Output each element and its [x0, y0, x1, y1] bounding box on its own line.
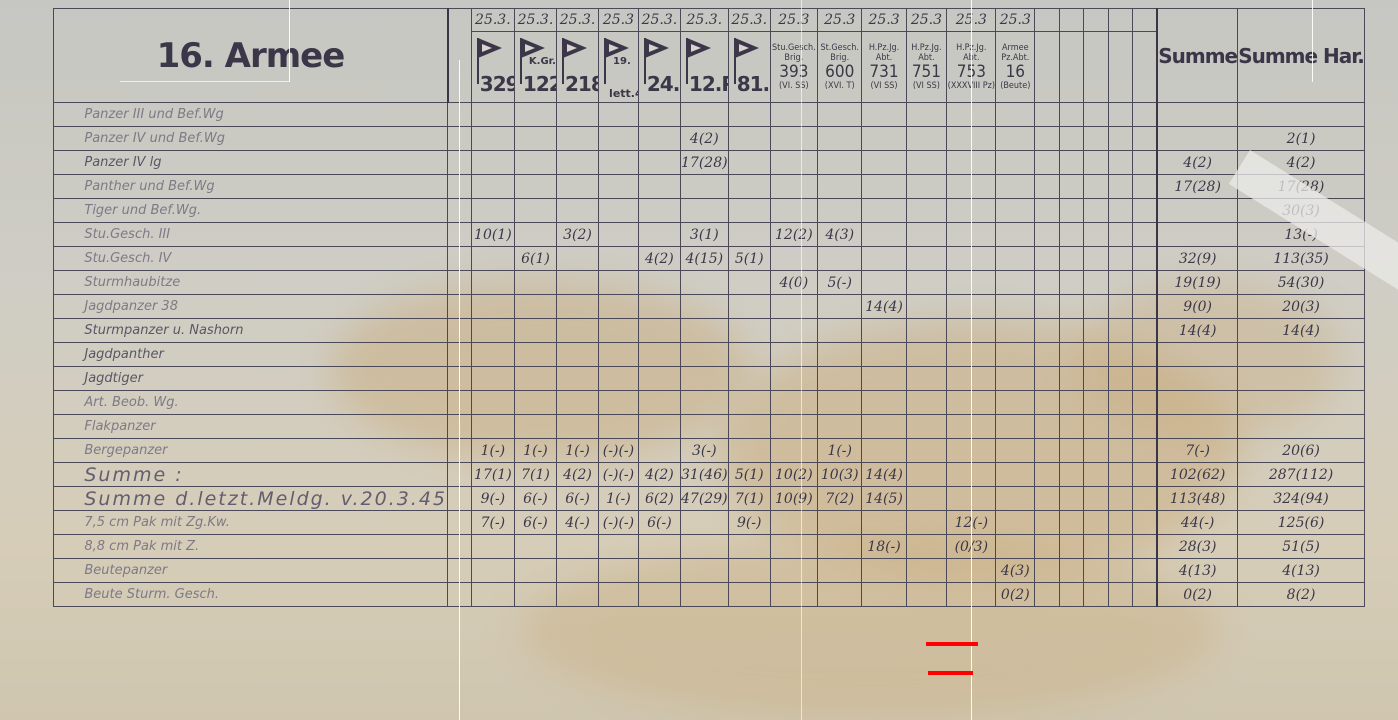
- value-cell: 9(-): [728, 511, 770, 535]
- empty-cell: [1035, 367, 1059, 391]
- value-cell: [638, 583, 680, 607]
- value-cell: 1(-): [817, 439, 862, 463]
- value-cell: [996, 439, 1035, 463]
- value-cell: [770, 391, 817, 415]
- empty-cell: [1084, 415, 1108, 439]
- value-cell: [996, 103, 1035, 127]
- value-cell: [638, 103, 680, 127]
- division-flag-icon: [645, 38, 669, 58]
- value-cell: [556, 583, 598, 607]
- margin-cell: [45, 559, 54, 583]
- value-cell: [514, 319, 556, 343]
- empty-cell: [1035, 151, 1059, 175]
- empty-cell: [1108, 271, 1132, 295]
- unit-header: 19.lett.44: [599, 32, 639, 103]
- value-cell: [514, 175, 556, 199]
- table-row: Panzer IV und Bef.Wg4(2)2(1): [45, 127, 1365, 151]
- table-row: Jagdpanther: [45, 343, 1365, 367]
- value-cell: 9(-): [471, 487, 514, 511]
- value-cell: [862, 439, 906, 463]
- value-cell: [599, 415, 639, 439]
- value-cell: 4(3): [996, 559, 1035, 583]
- row-label: Panzer III und Bef.Wg: [54, 103, 448, 127]
- value-cell: [638, 391, 680, 415]
- summe-cell: 7(-): [1157, 439, 1237, 463]
- unit-number: 218.: [565, 72, 599, 96]
- value-cell: [770, 247, 817, 271]
- value-cell: [680, 271, 728, 295]
- row-label: Stu.Gesch. IV: [54, 247, 448, 271]
- value-cell: [817, 103, 862, 127]
- value-cell: [556, 199, 598, 223]
- value-cell: (-)(-): [599, 511, 639, 535]
- empty-cell: [1035, 247, 1059, 271]
- table-row: 8,8 cm Pak mit Z.18(-)(0/3)28(3)51(5): [45, 535, 1365, 559]
- value-cell: [996, 151, 1035, 175]
- value-cell: [471, 247, 514, 271]
- value-cell: [906, 439, 947, 463]
- value-cell: 10(1): [471, 223, 514, 247]
- value-cell: [514, 223, 556, 247]
- value-cell: [638, 439, 680, 463]
- empty-date-cell: [1108, 9, 1132, 32]
- empty-cell: [1108, 295, 1132, 319]
- summe-har-cell: 2(1): [1238, 127, 1365, 151]
- value-cell: 10(2): [770, 463, 817, 487]
- scan-seam: [459, 60, 460, 720]
- margin-cell: [45, 247, 54, 271]
- value-cell: 3(-): [680, 439, 728, 463]
- table-row: Panther und Bef.Wg17(28)17(28): [45, 175, 1365, 199]
- empty-cell: [1133, 367, 1158, 391]
- value-cell: [770, 439, 817, 463]
- value-cell: [471, 175, 514, 199]
- value-cell: [996, 295, 1035, 319]
- summe-cell: 32(9): [1157, 247, 1237, 271]
- value-cell: 7(2): [817, 487, 862, 511]
- table-row: Jagdpanzer 3814(4)9(0)20(3): [45, 295, 1365, 319]
- empty-cell: [1084, 295, 1108, 319]
- empty-cell: [1133, 535, 1158, 559]
- empty-cell: [1108, 511, 1132, 535]
- empty-cell: [1133, 271, 1158, 295]
- summe-har-cell: [1238, 343, 1365, 367]
- value-cell: [638, 223, 680, 247]
- value-cell: [471, 391, 514, 415]
- margin-cell: [45, 9, 54, 103]
- unit-number: 600: [818, 63, 862, 81]
- value-cell: [638, 415, 680, 439]
- value-cell: [599, 391, 639, 415]
- summe-cell: 19(19): [1157, 271, 1237, 295]
- empty-cell: [1035, 487, 1059, 511]
- unit-date: 25.3: [770, 9, 817, 32]
- value-cell: 6(-): [514, 511, 556, 535]
- header-row-dates: 16. Armee25.3.25.3.25.3.25.325.3.25.3.25…: [45, 9, 1365, 32]
- empty-cell: [1059, 319, 1083, 343]
- empty-cell: [1108, 223, 1132, 247]
- margin-cell: [45, 583, 54, 607]
- summe-har-cell: 54(30): [1238, 271, 1365, 295]
- value-cell: [556, 535, 598, 559]
- empty-cell: [1108, 415, 1132, 439]
- summe-cell: 4(2): [1157, 151, 1237, 175]
- value-cell: 7(1): [728, 487, 770, 511]
- value-cell: 17(28): [680, 151, 728, 175]
- value-cell: [906, 295, 947, 319]
- highlight-underline: [928, 671, 973, 675]
- summe-cell: [1157, 127, 1237, 151]
- empty-cell: [1035, 511, 1059, 535]
- unit-corps: (VI. SS): [771, 81, 817, 91]
- row-label: Panzer IV lg: [54, 151, 448, 175]
- value-cell: 10(3): [817, 463, 862, 487]
- value-cell: [862, 583, 906, 607]
- value-cell: [556, 271, 598, 295]
- unit-date: 25.3: [817, 9, 862, 32]
- value-cell: [680, 559, 728, 583]
- page-title: 16. Armee: [54, 9, 448, 103]
- value-cell: [817, 415, 862, 439]
- value-cell: [514, 559, 556, 583]
- summe-cell: 4(13): [1157, 559, 1237, 583]
- value-cell: [514, 151, 556, 175]
- value-cell: [556, 247, 598, 271]
- value-cell: [680, 511, 728, 535]
- summe-har-cell: 287(112): [1238, 463, 1365, 487]
- empty-cell: [1035, 559, 1059, 583]
- summe-har-cell: 8(2): [1238, 583, 1365, 607]
- empty-cell: [1035, 319, 1059, 343]
- unit-number: 751: [907, 63, 947, 81]
- summe-har-cell: 4(13): [1238, 559, 1365, 583]
- value-cell: [817, 319, 862, 343]
- value-cell: [638, 343, 680, 367]
- value-cell: 31(46): [680, 463, 728, 487]
- vehicle-strength-table: 16. Armee25.3.25.3.25.3.25.325.3.25.3.25…: [45, 8, 1365, 607]
- value-cell: 6(-): [514, 487, 556, 511]
- empty-cell: [1035, 343, 1059, 367]
- empty-cell: [1108, 343, 1132, 367]
- empty-cell: [1133, 559, 1158, 583]
- value-cell: [471, 127, 514, 151]
- value-cell: 3(1): [680, 223, 728, 247]
- summe-cell: [1157, 415, 1237, 439]
- value-cell: [996, 199, 1035, 223]
- value-cell: [817, 175, 862, 199]
- value-cell: 14(4): [862, 463, 906, 487]
- summe-har-cell: [1238, 391, 1365, 415]
- value-cell: 1(-): [599, 487, 639, 511]
- empty-cell: [1059, 271, 1083, 295]
- value-cell: [770, 415, 817, 439]
- scan-seam: [120, 81, 290, 82]
- value-cell: 4(15): [680, 247, 728, 271]
- empty-cell: [1133, 343, 1158, 367]
- value-cell: 5(1): [728, 463, 770, 487]
- empty-cell: [1133, 463, 1158, 487]
- empty-cell: [1133, 295, 1158, 319]
- value-cell: [680, 367, 728, 391]
- unit-header: St.Gesch.Brig.600(XVI. T): [817, 32, 862, 103]
- value-cell: [817, 295, 862, 319]
- value-cell: [996, 463, 1035, 487]
- margin-cell: [45, 535, 54, 559]
- value-cell: [728, 199, 770, 223]
- summe-cell: [1157, 103, 1237, 127]
- table-row: 7,5 cm Pak mit Zg.Kw.7(-)6(-)4(-)(-)(-)6…: [45, 511, 1365, 535]
- value-cell: [471, 319, 514, 343]
- empty-cell: [1133, 151, 1158, 175]
- value-cell: [862, 319, 906, 343]
- value-cell: [680, 391, 728, 415]
- summe-cell: 17(28): [1157, 175, 1237, 199]
- value-cell: 18(-): [862, 535, 906, 559]
- empty-cell: [1084, 127, 1108, 151]
- empty-cell: [1035, 175, 1059, 199]
- value-cell: [599, 367, 639, 391]
- value-cell: [599, 199, 639, 223]
- value-cell: [680, 175, 728, 199]
- value-cell: [770, 343, 817, 367]
- empty-cell: [1059, 367, 1083, 391]
- empty-cell: [1084, 223, 1108, 247]
- value-cell: [906, 559, 947, 583]
- scan-seam: [289, 0, 290, 82]
- row-label: Flakpanzer: [54, 415, 448, 439]
- summe-har-cell: 20(6): [1238, 439, 1365, 463]
- empty-cell: [1108, 583, 1132, 607]
- empty-cell: [1035, 127, 1059, 151]
- value-cell: [599, 343, 639, 367]
- highlight-underline: [926, 642, 978, 646]
- value-cell: 5(-): [817, 271, 862, 295]
- unit-type: Stu.Gesch.: [771, 43, 817, 53]
- margin-cell: [45, 151, 54, 175]
- unit-corps: (Beute): [996, 81, 1034, 91]
- value-cell: [996, 511, 1035, 535]
- empty-cell: [1059, 343, 1083, 367]
- value-cell: [599, 319, 639, 343]
- value-cell: [770, 127, 817, 151]
- value-cell: [862, 223, 906, 247]
- value-cell: 47(29): [680, 487, 728, 511]
- empty-unit-cell: [1133, 32, 1158, 103]
- summe-har-cell: [1238, 367, 1365, 391]
- value-cell: 7(1): [514, 463, 556, 487]
- value-cell: [680, 535, 728, 559]
- margin-cell: [45, 199, 54, 223]
- value-cell: 6(-): [638, 511, 680, 535]
- empty-cell: [1133, 103, 1158, 127]
- scan-seam: [801, 0, 802, 720]
- value-cell: [906, 175, 947, 199]
- value-cell: 5(1): [728, 247, 770, 271]
- empty-cell: [1084, 343, 1108, 367]
- unit-date: 25.3.: [638, 9, 680, 32]
- empty-cell: [1108, 535, 1132, 559]
- value-cell: [862, 391, 906, 415]
- empty-cell: [1035, 415, 1059, 439]
- value-cell: [996, 271, 1035, 295]
- value-cell: [680, 103, 728, 127]
- value-cell: [638, 295, 680, 319]
- empty-cell: [1133, 487, 1158, 511]
- empty-cell: [1059, 199, 1083, 223]
- value-cell: 4(2): [638, 463, 680, 487]
- unit-date: 25.3: [906, 9, 947, 32]
- unit-number: 122.: [523, 72, 557, 96]
- value-cell: [599, 295, 639, 319]
- value-cell: 10(9): [770, 487, 817, 511]
- value-cell: [680, 343, 728, 367]
- margin-cell: [45, 415, 54, 439]
- summe-har-cell: 51(5): [1238, 535, 1365, 559]
- value-cell: [514, 343, 556, 367]
- value-cell: [906, 583, 947, 607]
- value-cell: [514, 103, 556, 127]
- value-cell: [862, 559, 906, 583]
- value-cell: [770, 151, 817, 175]
- value-cell: [770, 367, 817, 391]
- value-cell: [906, 487, 947, 511]
- value-cell: [471, 343, 514, 367]
- value-cell: [906, 103, 947, 127]
- unit-type: Armee: [996, 43, 1034, 53]
- margin-cell: [45, 271, 54, 295]
- value-cell: [728, 391, 770, 415]
- table-row: Summe d.letzt.Meldg. v.20.3.459(-)6(-)6(…: [45, 487, 1365, 511]
- value-cell: [638, 319, 680, 343]
- empty-cell: [1035, 583, 1059, 607]
- margin-cell: [45, 487, 54, 511]
- value-cell: [514, 583, 556, 607]
- value-cell: [862, 103, 906, 127]
- unit-header: Stu.Gesch.Brig.393(VI. SS): [770, 32, 817, 103]
- value-cell: 4(2): [638, 247, 680, 271]
- unit-number: 24.: [647, 72, 679, 96]
- empty-cell: [1035, 295, 1059, 319]
- value-cell: [906, 127, 947, 151]
- value-cell: [599, 583, 639, 607]
- table-row: Panzer IV lg17(28)4(2)4(2): [45, 151, 1365, 175]
- empty-cell: [1059, 463, 1083, 487]
- empty-cell: [1035, 199, 1059, 223]
- value-cell: [680, 295, 728, 319]
- empty-unit-cell: [1108, 32, 1132, 103]
- value-cell: [996, 391, 1035, 415]
- row-label: Summe d.letzt.Meldg. v.20.3.45: [54, 487, 448, 511]
- summe-har-cell: 20(3): [1238, 295, 1365, 319]
- row-label: Stu.Gesch. III: [54, 223, 448, 247]
- value-cell: [906, 343, 947, 367]
- value-cell: [471, 295, 514, 319]
- unit-number: 16: [996, 63, 1034, 81]
- value-cell: [638, 127, 680, 151]
- unit-type: H.Pz.Jg.: [907, 43, 947, 53]
- division-flag-icon: [687, 38, 711, 58]
- empty-cell: [1059, 511, 1083, 535]
- value-cell: [817, 199, 862, 223]
- unit-number: 731: [862, 63, 905, 81]
- table-row: Panzer III und Bef.Wg: [45, 103, 1365, 127]
- value-cell: (-)(-): [599, 463, 639, 487]
- empty-cell: [1059, 559, 1083, 583]
- value-cell: 12(2): [770, 223, 817, 247]
- row-label: Art. Beob. Wg.: [54, 391, 448, 415]
- empty-cell: [1133, 415, 1158, 439]
- empty-cell: [1084, 559, 1108, 583]
- unit-number: 329.: [480, 72, 515, 96]
- empty-cell: [1035, 103, 1059, 127]
- value-cell: [556, 319, 598, 343]
- empty-cell: [1059, 415, 1083, 439]
- value-cell: [770, 199, 817, 223]
- unit-date: 25.3: [862, 9, 906, 32]
- empty-cell: [1084, 391, 1108, 415]
- division-flag-icon: [478, 38, 502, 58]
- value-cell: 0(2): [996, 583, 1035, 607]
- empty-cell: [1133, 583, 1158, 607]
- unit-corps: (VI SS): [907, 81, 947, 91]
- value-cell: [817, 127, 862, 151]
- empty-cell: [1084, 583, 1108, 607]
- value-cell: 6(1): [514, 247, 556, 271]
- value-cell: [599, 559, 639, 583]
- margin-cell: [45, 343, 54, 367]
- value-cell: [817, 535, 862, 559]
- table-row: Stu.Gesch. III10(1)3(2)3(1)12(2)4(3)13(-…: [45, 223, 1365, 247]
- value-cell: [680, 415, 728, 439]
- empty-cell: [1059, 535, 1083, 559]
- empty-cell: [1108, 391, 1132, 415]
- empty-cell: [1059, 151, 1083, 175]
- value-cell: [817, 511, 862, 535]
- value-cell: [599, 103, 639, 127]
- empty-unit-cell: [1084, 32, 1108, 103]
- value-cell: [996, 367, 1035, 391]
- value-cell: [471, 103, 514, 127]
- value-cell: [728, 559, 770, 583]
- value-cell: 4(3): [817, 223, 862, 247]
- value-cell: [906, 535, 947, 559]
- empty-cell: [1133, 223, 1158, 247]
- division-flag-icon: [521, 38, 545, 58]
- unit-header: 24.: [638, 32, 680, 103]
- value-cell: [862, 127, 906, 151]
- value-cell: [599, 247, 639, 271]
- value-cell: [638, 367, 680, 391]
- unit-subtitle: 19.: [613, 56, 631, 67]
- value-cell: [471, 151, 514, 175]
- table-row: Tiger und Bef.Wg.30(3): [45, 199, 1365, 223]
- table-row: Bergepanzer1(-)1(-)1(-)(-)(-)3(-)1(-)7(-…: [45, 439, 1365, 463]
- value-cell: [728, 127, 770, 151]
- table-row: Stu.Gesch. IV6(1)4(2)4(15)5(1)32(9)113(3…: [45, 247, 1365, 271]
- value-cell: [728, 271, 770, 295]
- empty-cell: [1059, 175, 1083, 199]
- empty-date-cell: [1084, 9, 1108, 32]
- value-cell: [556, 415, 598, 439]
- value-cell: 14(5): [862, 487, 906, 511]
- value-cell: [556, 343, 598, 367]
- empty-date-cell: [1035, 9, 1059, 32]
- value-cell: [680, 319, 728, 343]
- value-cell: 3(2): [556, 223, 598, 247]
- empty-date-cell: [1133, 9, 1158, 32]
- summe-cell: [1157, 367, 1237, 391]
- summe-cell: [1157, 391, 1237, 415]
